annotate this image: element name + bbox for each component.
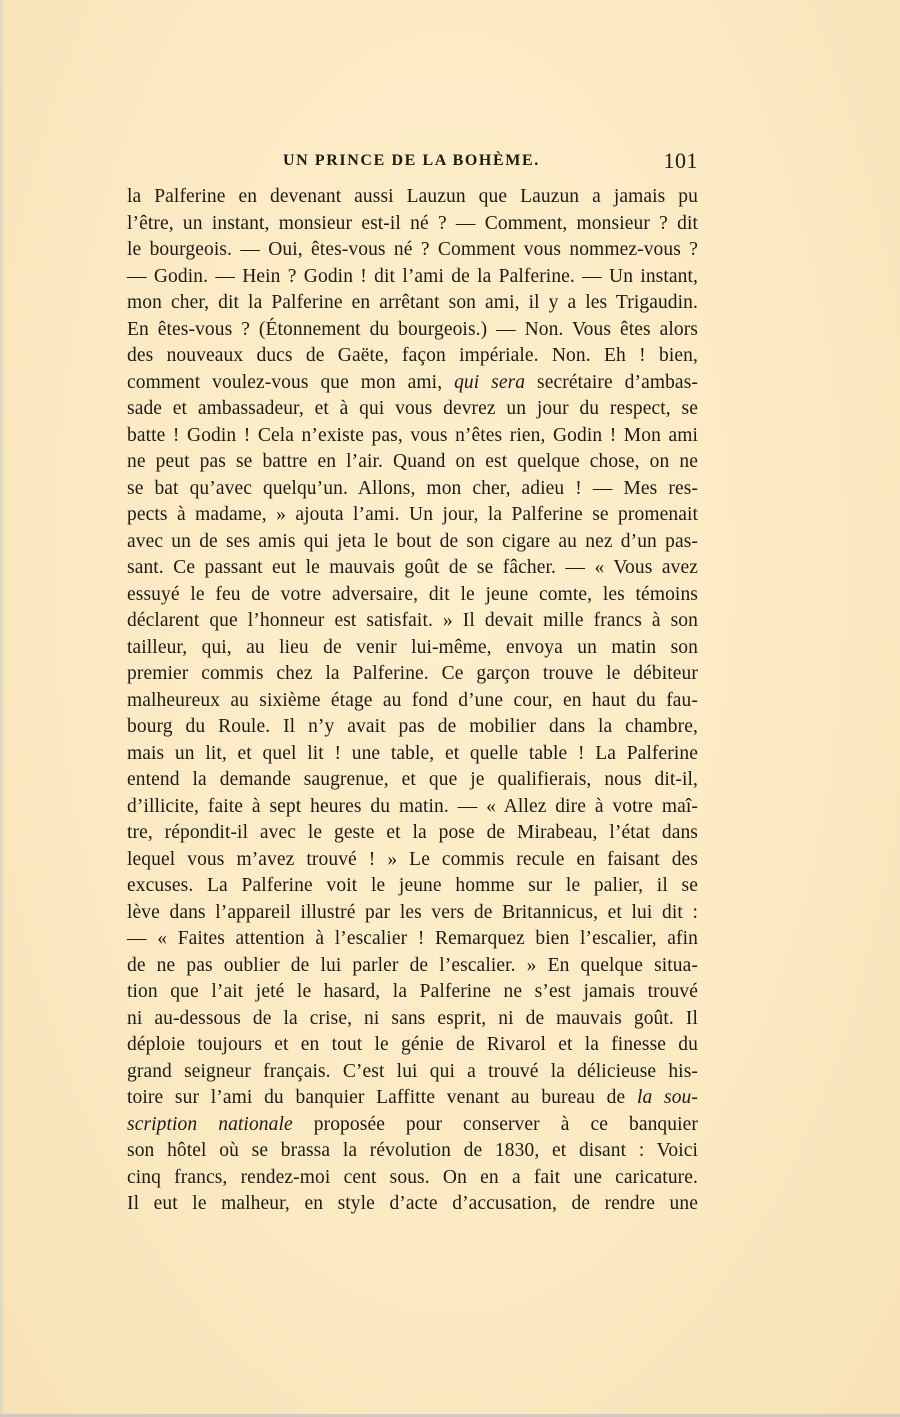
text-line: batte ! Godin ! Cela n’existe pas, vous …	[127, 423, 698, 450]
text-line: En êtes-vous ? (Étonnement du bourgeois.…	[127, 317, 698, 344]
page-number: 101	[664, 148, 699, 174]
text-line: se bat qu’avec quelqu’un. Allons, mon ch…	[127, 476, 698, 503]
text-line: entend la demande saugrenue, et que je q…	[127, 767, 698, 794]
text-line: lequel vous m’avez trouvé ! » Le commis …	[127, 847, 698, 874]
text-line: pects à madame, » ajouta l’ami. Un jour,…	[127, 502, 698, 529]
text-line: excuses. La Palferine voit le jeune homm…	[127, 873, 698, 900]
italic-phrase: qui sera	[454, 372, 525, 393]
text-line: — Godin. — Hein ? Godin ! dit l’ami de l…	[127, 264, 698, 291]
text-line: l’être, un instant, monsieur est-il né ?…	[127, 211, 698, 238]
text-line: de ne pas oublier de lui parler de l’esc…	[127, 953, 698, 980]
text-line: — « Faites attention à l’escalier ! Rema…	[127, 926, 698, 953]
italic-phrase: la sou-	[637, 1087, 698, 1108]
text-run: proposée pour conserver à ce banquier	[293, 1114, 698, 1135]
text-line: cinq francs, rendez-moi cent sous. On en…	[127, 1165, 698, 1192]
text-run: comment voulez-vous que mon ami,	[127, 372, 454, 393]
text-line: mais un lit, et quel lit ! une table, et…	[127, 741, 698, 768]
text-line: lève dans l’appareil illustré par les ve…	[127, 900, 698, 927]
text-line: déploie toujours et en tout le génie de …	[127, 1032, 698, 1059]
text-line: la Palferine en devenant aussi Lauzun qu…	[127, 184, 698, 211]
text-line: grand seigneur français. C’est lui qui a…	[127, 1059, 698, 1086]
running-head: UN PRINCE DE LA BOHÈME. 101	[127, 148, 698, 176]
text-line: le bourgeois. — Oui, êtes-vous né ? Comm…	[127, 237, 698, 264]
text-line: tre, répondit-il avec le geste et la pos…	[127, 820, 698, 847]
text-line-with-italic: comment voulez-vous que mon ami, qui ser…	[127, 370, 698, 397]
text-line: d’illicite, faite à sept heures du matin…	[127, 794, 698, 821]
italic-phrase: scription nationale	[127, 1114, 293, 1135]
text-line: Il eut le malheur, en style d’acte d’acc…	[127, 1191, 698, 1218]
text-line: tion que l’ait jeté le hasard, la Palfer…	[127, 979, 698, 1006]
text-line: ni au-dessous de la crise, ni sans espri…	[127, 1006, 698, 1033]
text-run: toire sur l’ami du banquier Laffitte ven…	[127, 1087, 637, 1108]
text-line-with-italic: scription nationale proposée pour conser…	[127, 1112, 698, 1139]
text-line: premier commis chez la Palferine. Ce gar…	[127, 661, 698, 688]
text-line: bourg du Roule. Il n’y avait pas de mobi…	[127, 714, 698, 741]
text-line: essuyé le feu de votre adversaire, dit l…	[127, 582, 698, 609]
text-line: malheureux au sixième étage au fond d’un…	[127, 688, 698, 715]
text-line: sade et ambassadeur, et à qui vous devre…	[127, 396, 698, 423]
text-line: tailleur, qui, au lieu de venir lui-même…	[127, 635, 698, 662]
body-text: la Palferine en devenant aussi Lauzun qu…	[127, 184, 698, 1218]
running-title: UN PRINCE DE LA BOHÈME.	[283, 152, 540, 170]
text-line-with-italic: toire sur l’ami du banquier Laffitte ven…	[127, 1085, 698, 1112]
text-line: avec un de ses amis qui jeta le bout de …	[127, 529, 698, 556]
text-line: sant. Ce passant eut le mauvais goût de …	[127, 555, 698, 582]
text-line: déclarent que l’honneur est satisfait. »…	[127, 608, 698, 635]
text-line: mon cher, dit la Palferine en arrêtant s…	[127, 290, 698, 317]
text-line: son hôtel où se brassa la révolution de …	[127, 1138, 698, 1165]
text-line: ne peut pas se battre en l’air. Quand on…	[127, 449, 698, 476]
text-run: secrétaire d’ambas-	[525, 372, 698, 393]
page-edge-left	[0, 0, 4, 1417]
text-line: des nouveaux ducs de Gaëte, façon impéri…	[127, 343, 698, 370]
